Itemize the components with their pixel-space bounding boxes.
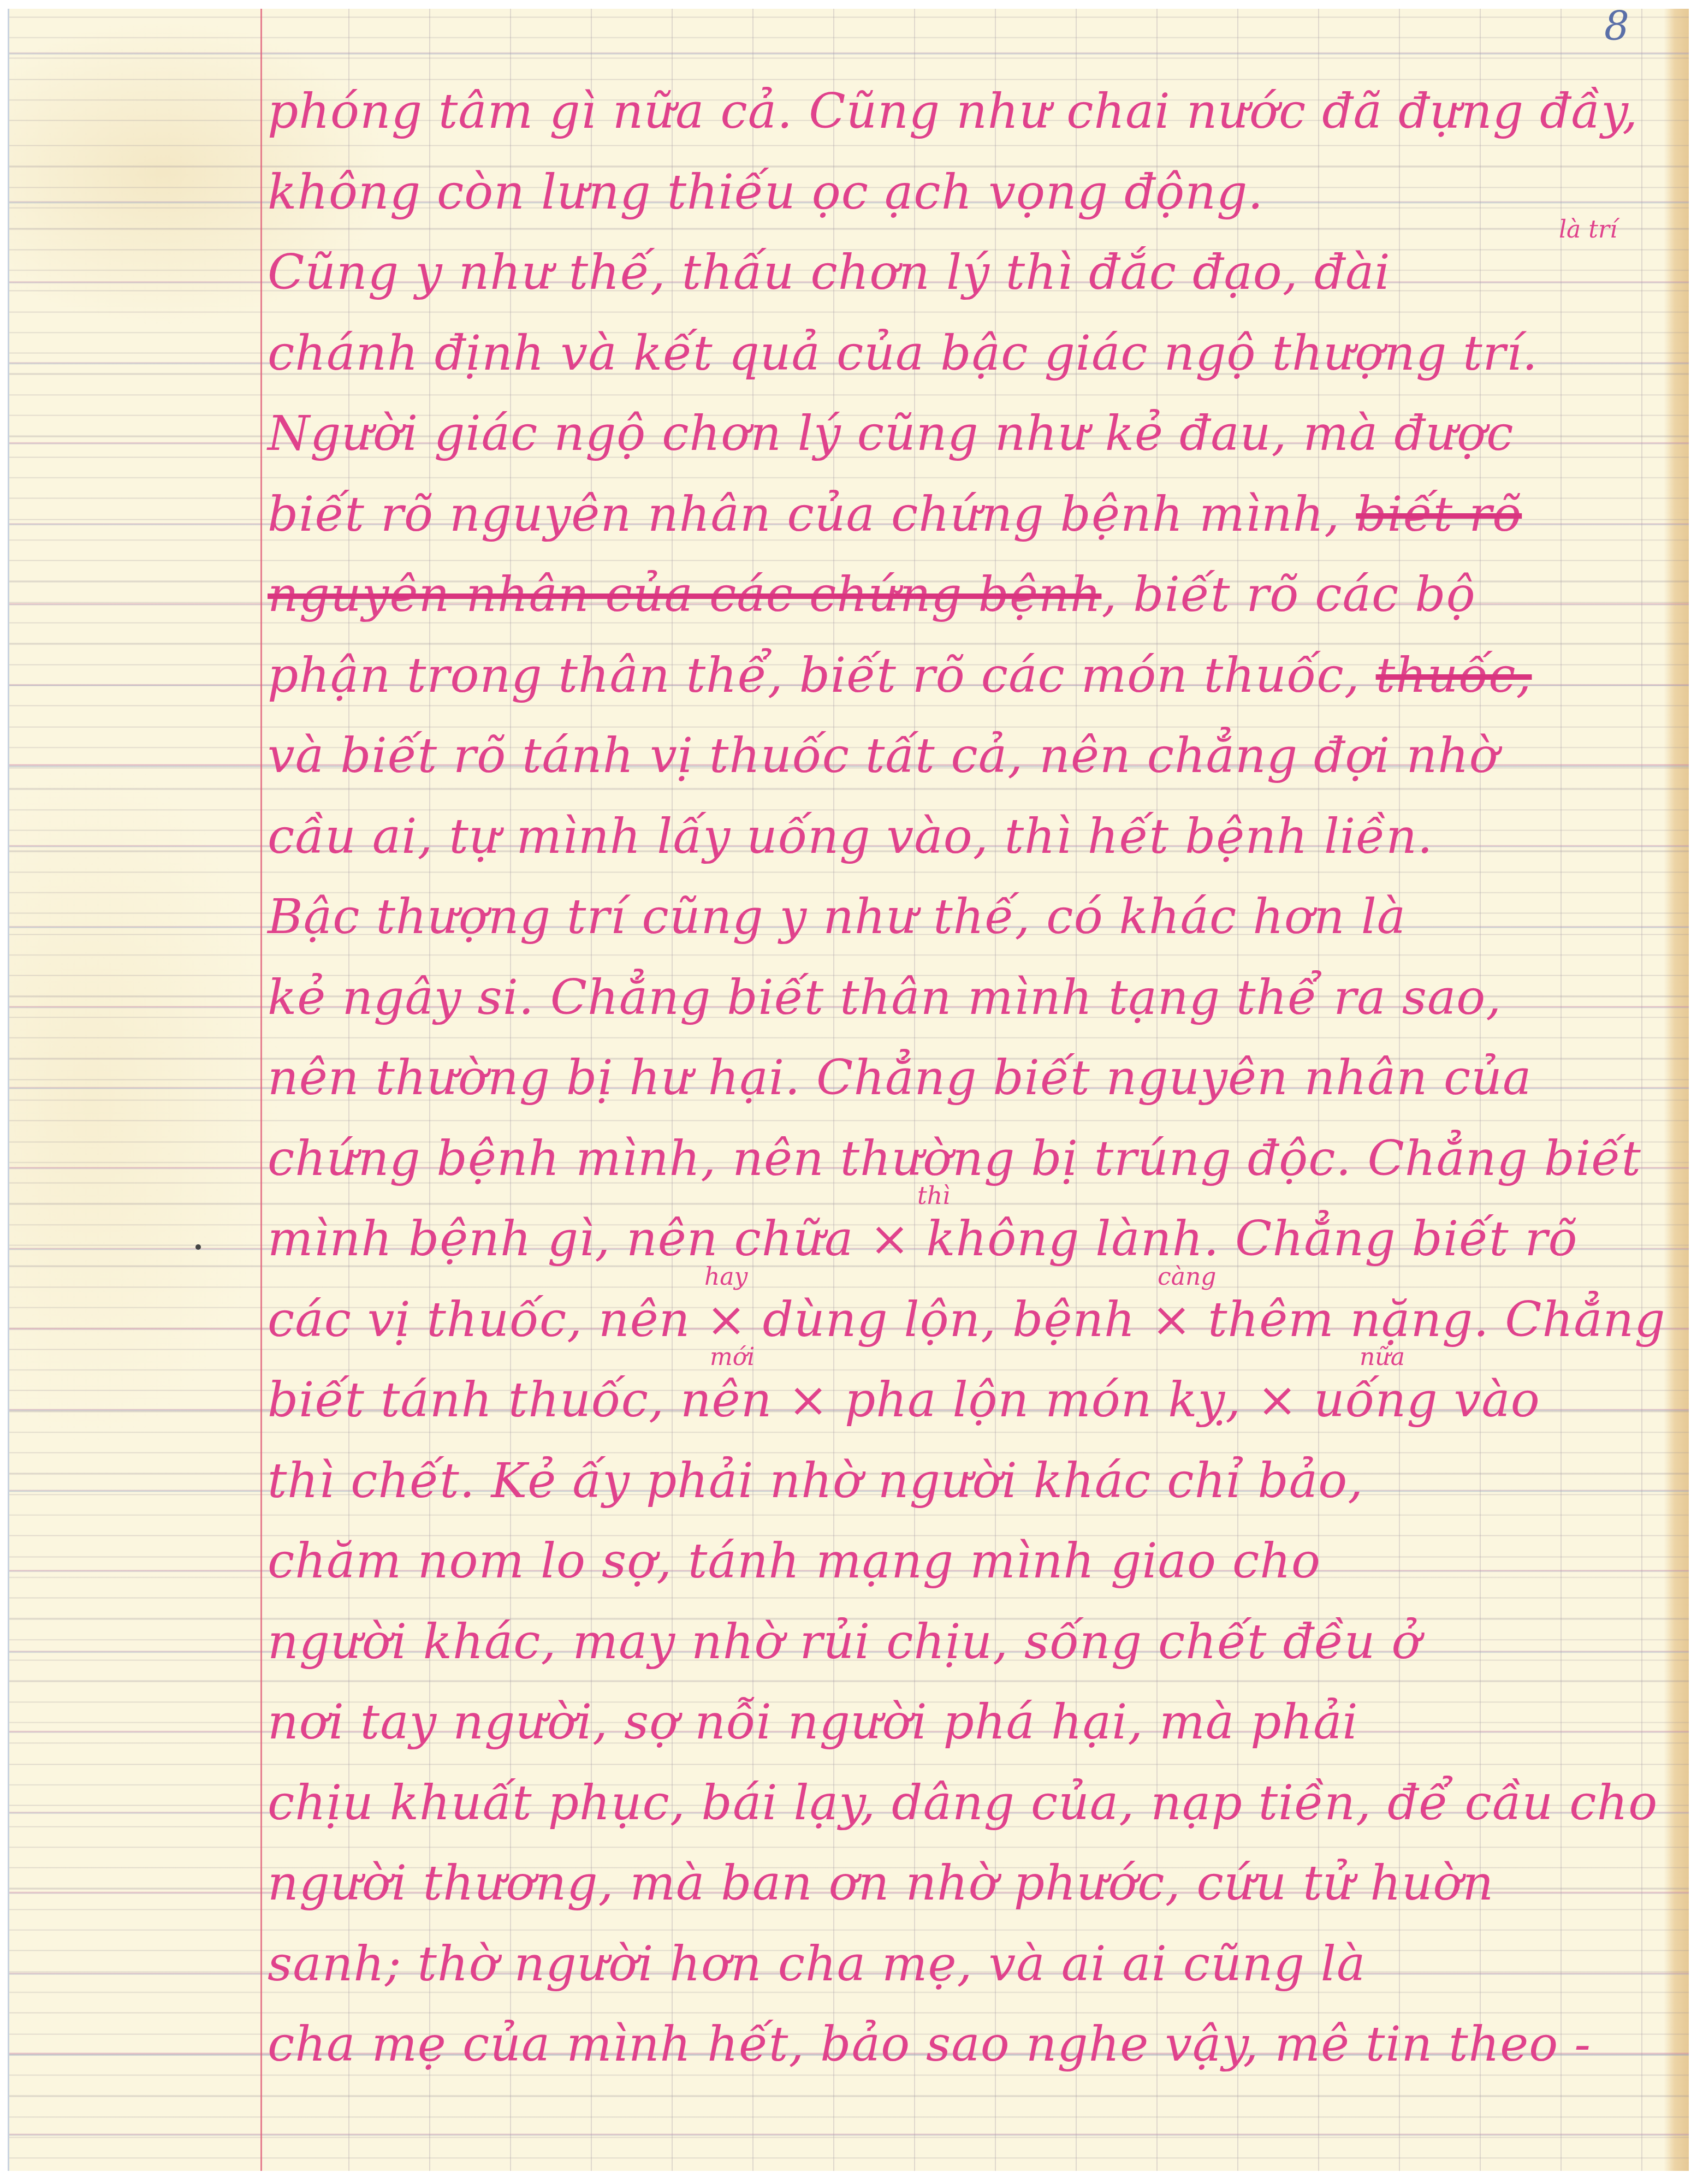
margin-line xyxy=(260,9,262,2171)
page-number: 8 xyxy=(1604,7,1629,46)
manuscript-line-7: nguyên nhân của các chứng bệnh, biết rõ … xyxy=(268,571,1665,619)
line-6-text: biết rõ nguyên nhân của chứng bệnh mình, xyxy=(268,486,1340,542)
manuscript-line-1: phóng tâm gì nữa cả. Cũng như chai nước … xyxy=(268,87,1665,135)
manuscript-line-20: người khác, may nhờ rủi chịu, sống chết … xyxy=(268,1618,1665,1666)
manuscript-line-24: sanh; thờ người hơn cha mẹ, và ai ai cũn… xyxy=(268,1940,1665,1988)
insertion-moi: mới xyxy=(710,1343,755,1371)
manuscript-line-10: cầu ai, tự mình lấy uống vào, thì hết bệ… xyxy=(268,812,1665,860)
manuscript-line-22: chịu khuất phục, bái lạy, dâng của, nạp … xyxy=(268,1779,1665,1827)
insertion-hay: hay xyxy=(704,1263,747,1291)
insertion-cang: càng xyxy=(1158,1263,1216,1291)
manuscript-line-3: Cũng y như thế, thấu chơn lý thì đắc đạo… xyxy=(268,248,1665,296)
manuscript-line-17: biết tánh thuốc, nên × pha lộn món kỵ, ×… xyxy=(268,1376,1665,1424)
insertion-thi: thì xyxy=(917,1182,950,1210)
line-3-text: Cũng y như thế, thấu chơn lý thì đắc đạo… xyxy=(268,244,1391,300)
insertion-nua: nữa xyxy=(1360,1343,1405,1371)
manuscript-line-9: và biết rõ tánh vị thuốc tất cả, nên chẳ… xyxy=(268,732,1665,780)
struck-text: thuốc, xyxy=(1376,647,1532,703)
line-7-tail: , biết rõ các bộ xyxy=(1101,566,1475,622)
struck-text: nguyên nhân của các chứng bệnh xyxy=(268,566,1101,622)
manuscript-line-21: nơi tay người, sợ nỗi người phá hại, mà … xyxy=(268,1698,1665,1746)
manuscript-line-8: phận trong thân thể, biết rõ các món thu… xyxy=(268,651,1665,699)
struck-text: biết rõ xyxy=(1356,486,1522,542)
manuscript-line-11: Bậc thượng trí cũng y như thế, có khác h… xyxy=(268,893,1665,941)
manuscript-line-25: cha mẹ của mình hết, bảo sao nghe vậy, m… xyxy=(268,2020,1665,2068)
manuscript-line-6: biết rõ nguyên nhân của chứng bệnh mình,… xyxy=(268,490,1665,538)
manuscript-line-18: thì chết. Kẻ ấy phải nhờ người khác chỉ … xyxy=(268,1457,1665,1505)
manuscript-line-5: Người giác ngộ chơn lý cũng như kẻ đau, … xyxy=(268,410,1665,458)
manuscript-line-13: nên thường bị hư hại. Chẳng biết nguyên … xyxy=(268,1054,1665,1102)
ink-speck xyxy=(195,1244,201,1250)
manuscript-line-15: mình bệnh gì, nên chữa × không lành. Chẳ… xyxy=(268,1215,1665,1263)
manuscript-line-23: người thương, mà ban ơn nhờ phước, cứu t… xyxy=(268,1859,1665,1907)
manuscript-line-12: kẻ ngây si. Chẳng biết thân mình tạng th… xyxy=(268,974,1665,1022)
manuscript-line-16: các vị thuốc, nên × dùng lộn, bệnh × thê… xyxy=(268,1296,1664,1344)
manuscript-line-2: không còn lưng thiếu ọc ạch vọng động. xyxy=(268,168,1665,216)
manuscript-line-14: chứng bệnh mình, nên thường bị trúng độc… xyxy=(268,1135,1665,1183)
line-8-text: phận trong thân thể, biết rõ các món thu… xyxy=(268,647,1360,703)
manuscript-line-19: chăm nom lo sợ, tánh mạng mình giao cho xyxy=(268,1537,1665,1585)
manuscript-line-4: chánh định và kết quả của bậc giác ngộ t… xyxy=(268,329,1665,377)
insertion-la-tri: là trí xyxy=(1559,216,1617,244)
